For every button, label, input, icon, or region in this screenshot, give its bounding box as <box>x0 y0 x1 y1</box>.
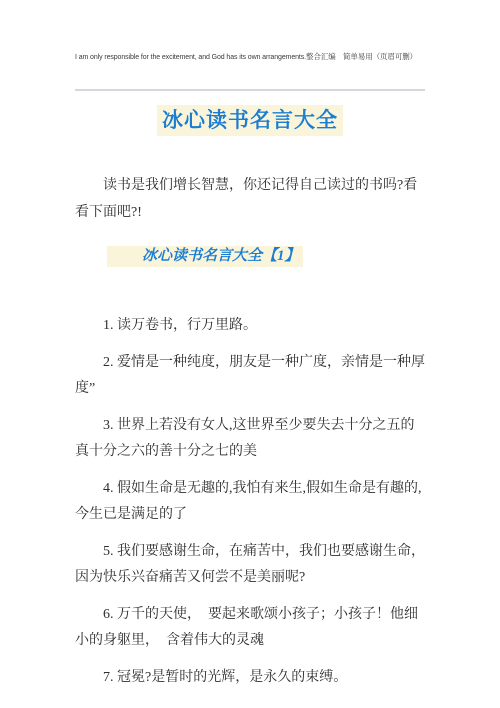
section-heading-row: 冰心读书名言大全【1】 <box>75 246 425 267</box>
title-row: 冰心读书名言大全 <box>75 105 425 136</box>
section-heading: 冰心读书名言大全【1】 <box>107 246 303 267</box>
quote-item: 2. 爱情是一种纯度，朋友是一种广度，亲情是一种厚度” <box>75 350 425 402</box>
page-header-note: I am only responsible for the excitement… <box>75 52 425 63</box>
quote-item: 1. 读万卷书，行万里路。 <box>75 313 425 339</box>
header-divider <box>75 89 425 91</box>
quotes-list: 1. 读万卷书，行万里路。2. 爱情是一种纯度，朋友是一种广度，亲情是一种厚度”… <box>75 313 425 691</box>
quote-item: 5. 我们要感谢生命，在痛苦中，我们也要感谢生命，因为快乐兴奋痛苦又何尝不是美丽… <box>75 539 425 591</box>
quote-item: 3. 世界上若没有女人,这世界至少要失去十分之五的真十分之六的善十分之七的美 <box>75 413 425 465</box>
document-page: I am only responsible for the excitement… <box>0 0 500 708</box>
header-note-english: I am only responsible for the excitement… <box>75 54 306 61</box>
quote-item: 6. 万千的天使， 要起来歌颂小孩子；小孩子！他细小的身躯里， 含着伟大的灵魂 <box>75 602 425 654</box>
quote-item: 4. 假如生命是无趣的,我怕有来生,假如生命是有趣的,今生已是满足的了 <box>75 476 425 528</box>
intro-paragraph: 读书是我们增长智慧，你还记得自己读过的书吗?看看下面吧?! <box>75 172 425 226</box>
header-note-chinese: 整合汇编 简单易用（页眉可删） <box>306 52 417 61</box>
page-title: 冰心读书名言大全 <box>157 105 343 136</box>
quote-item: 7. 冠冕?是暂时的光辉，是永久的束缚。 <box>75 665 425 691</box>
page-content: I am only responsible for the excitement… <box>0 52 500 691</box>
